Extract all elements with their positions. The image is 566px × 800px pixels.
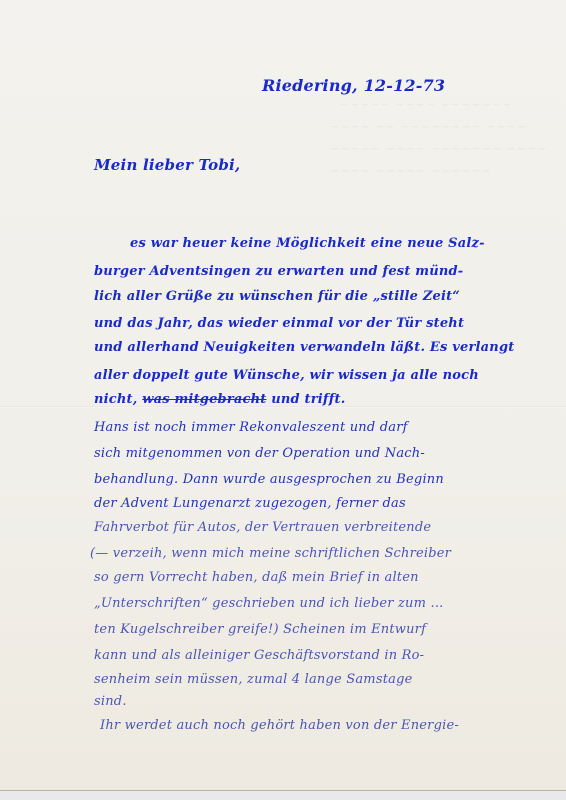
salutation: Mein lieber Tobi,: [94, 156, 240, 174]
bleed-through-text: ~~~~~ ~~~~ ~~~~~~~ ~~~~: [330, 142, 548, 155]
bleed-through-text: ~~~~ ~~ ~~~~~~~~ ~~~~: [330, 120, 527, 133]
place-date: Riedering, 12-12-73: [262, 76, 445, 95]
letter-line: lich aller Grüße zu wünschen für die „st…: [94, 289, 460, 304]
letter-page: ~~~~~ ~~~~ ~~~~~~~ ~~~~ ~~ ~~~~~~~~ ~~~~…: [0, 0, 566, 791]
letter-line: behandlung. Dann wurde ausgesprochen zu …: [94, 472, 444, 487]
letter-line: ten Kugelschreiber greife!) Scheinen im …: [94, 622, 426, 637]
letter-line: der Advent Lungenarzt zugezogen, ferner …: [94, 496, 406, 511]
letter-line: kann und als alleiniger Geschäftsvorstan…: [94, 648, 424, 663]
letter-line: Ihr werdet auch noch gehört haben von de…: [100, 718, 459, 733]
bleed-through-text: ~~~~ ~~~~~ ~~~~~~: [330, 164, 492, 177]
letter-line: senheim sein müssen, zumal 4 lange Samst…: [94, 672, 413, 687]
letter-line: burger Adventsingen zu erwarten und fest…: [94, 264, 463, 279]
letter-line: aller doppelt gute Wünsche, wir wissen j…: [94, 368, 479, 383]
letter-line: und das Jahr, das wieder einmal vor der …: [94, 316, 464, 331]
letter-line: Fahrverbot für Autos, der Vertrauen verb…: [94, 520, 431, 535]
letter-line: nicht, was mitgebracht und trifft.: [94, 392, 345, 407]
bleed-through-text: ~~~~~ ~~~~ ~~~~~~~: [340, 98, 512, 111]
letter-line: und allerhand Neuigkeiten verwandeln läß…: [94, 340, 514, 355]
letter-line: so gern Vorrecht haben, daß mein Brief i…: [94, 570, 419, 585]
letter-line: sich mitgenommen von der Operation und N…: [94, 446, 425, 461]
letter-line: „Unterschriften“ geschrieben und ich lie…: [94, 596, 444, 611]
letter-line: es war heuer keine Möglichkeit eine neue…: [130, 236, 485, 251]
letter-line: (— verzeih, wenn mich meine schriftliche…: [90, 546, 451, 561]
letter-line: Hans ist noch immer Rekonvaleszent und d…: [94, 420, 408, 435]
letter-line: sind.: [94, 694, 127, 709]
crossed-out-text: was mitgebracht: [142, 392, 266, 407]
